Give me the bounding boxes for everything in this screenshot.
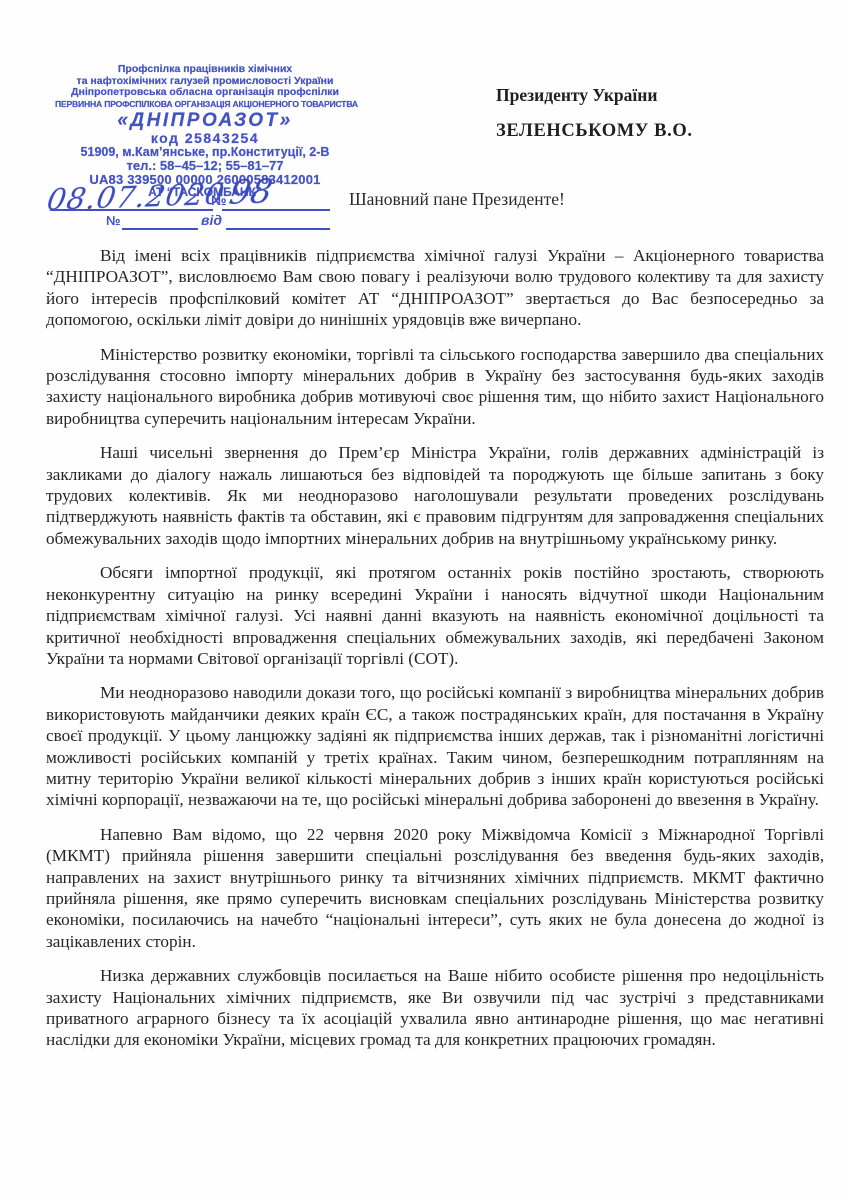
body-paragraph: Напевно Вам відомо, що 22 червня 2020 ро… [46,824,824,952]
body-paragraph: Міністерство розвитку економіки, торгівл… [46,344,824,430]
registration-underline [122,228,198,230]
incoming-number-label: № [106,213,121,228]
body-paragraph: Ми неодноразово наводили докази того, що… [46,682,824,810]
from-date-label: від [201,212,222,228]
body-paragraph: Наші чисельні звернення до Прем’єр Мініс… [46,442,824,549]
salutation: Шановний пане Президенте! [349,189,565,210]
registration-underline [226,228,330,230]
stamp-company-name: «ДНІПРОАЗОТ» [55,110,355,131]
letter-body: Від імені всіх працівників підприємства … [46,245,824,1064]
body-paragraph: Обсяги імпортної продукції, які протягом… [46,562,824,669]
recipient-title: Президенту України [496,86,693,104]
recipient-block: Президенту України ЗЕЛЕНСЬКОМУ В.О. [496,86,693,142]
stamp-primary-org-line: ПЕРВИННА ПРОФСПІЛКОВА ОРГАНІЗАЦІЯ АКЦІОН… [55,99,355,111]
registration-underline [222,209,330,211]
stamp-region-line: Дніпропетровська обласна організація про… [55,87,355,99]
scanned-letter-page: Профспілка працівників хімічних та нафто… [0,0,848,1200]
stamp-union-name-line: Профспілка працівників хімічних [55,64,355,76]
stamp-address: 51909, м.Кам’янське, пр.Конституції, 2-В [55,145,355,159]
recipient-name: ЗЕЛЕНСЬКОМУ В.О. [496,121,693,142]
registration-underline [50,209,213,211]
body-paragraph: Від імені всіх працівників підприємства … [46,245,824,331]
stamp-phones: тел.: 58–45–12; 55–81–77 [55,159,355,173]
body-paragraph: Низка державних службовців посилається н… [46,965,824,1051]
number-sign-label: № [211,192,227,208]
handwritten-outgoing-number: 98 [226,171,275,211]
stamp-company-code: код 25843254 [55,131,355,145]
